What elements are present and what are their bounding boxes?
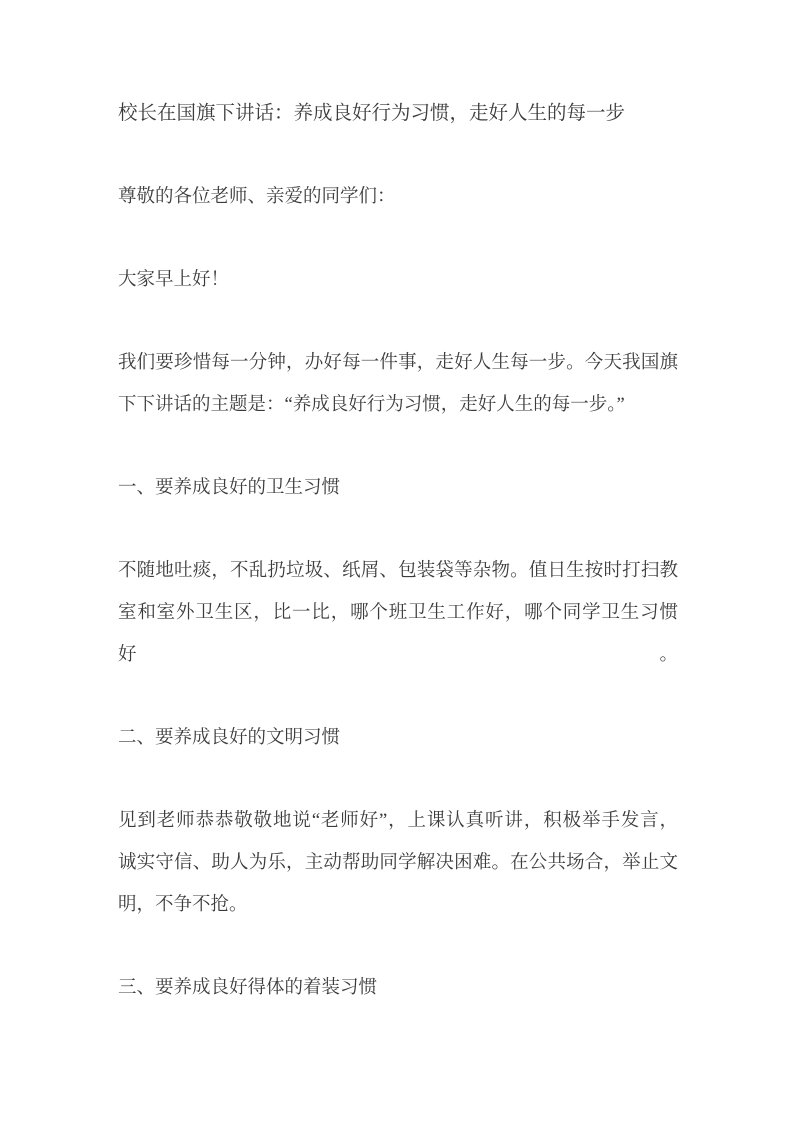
section-heading-text: 一、要养成良好的卫生习惯 <box>118 467 678 509</box>
section-heading-text: 二、要养成良好的文明习惯 <box>118 717 678 759</box>
intro-paragraph: 我们要珍惜每一分钟，办好每一件事，走好人生每一步。今天我国旗 下下讲话的主题是：… <box>118 342 678 426</box>
salutation-paragraph: 尊敬的各位老师、亲爱的同学们： <box>118 176 678 218</box>
document-title: 校长在国旗下讲话：养成良好行为习惯，走好人生的每一步 <box>118 93 678 135</box>
document-title-block: 校长在国旗下讲话：养成良好行为习惯，走好人生的每一步 <box>118 93 678 135</box>
section-1-body-paragraph: 不随地吐痰，不乱扔垃圾、纸屑、包装袋等杂物。值日生按时打扫教 室和室外卫生区，比… <box>118 550 678 676</box>
section-heading-2: 二、要养成良好的文明习惯 <box>118 717 678 759</box>
document-page: 校长在国旗下讲话：养成良好行为习惯，走好人生的每一步 尊敬的各位老师、亲爱的同学… <box>118 93 678 1050</box>
text-line: 诚实守信、助人为乐，主动帮助同学解决困难。在公共场合，举止文 <box>118 842 678 884</box>
text-line: 我们要珍惜每一分钟，办好每一件事，走好人生每一步。今天我国旗 <box>118 342 678 384</box>
section-2-body-paragraph: 见到老师恭恭敬敬地说“老师好”，上课认真听讲，积极举手发言， 诚实守信、助人为乐… <box>118 800 678 926</box>
section-heading-text: 三、要养成良好得体的着装习惯 <box>118 967 678 1009</box>
section-heading-1: 一、要养成良好的卫生习惯 <box>118 467 678 509</box>
text-line: 明，不争不抢。 <box>118 884 678 926</box>
text-line: 室和室外卫生区，比一比，哪个班卫生工作好，哪个同学卫生习惯好。 <box>118 592 678 676</box>
text-line: 见到老师恭恭敬敬地说“老师好”，上课认真听讲，积极举手发言， <box>118 800 678 842</box>
greeting-text: 大家早上好！ <box>118 259 678 301</box>
text-line: 下下讲话的主题是：“养成良好行为习惯，走好人生的每一步。” <box>118 384 678 426</box>
section-heading-3: 三、要养成良好得体的着装习惯 <box>118 967 678 1009</box>
salutation-text: 尊敬的各位老师、亲爱的同学们： <box>118 176 678 218</box>
text-line: 不随地吐痰，不乱扔垃圾、纸屑、包装袋等杂物。值日生按时打扫教 <box>118 550 678 592</box>
greeting-paragraph: 大家早上好！ <box>118 259 678 301</box>
